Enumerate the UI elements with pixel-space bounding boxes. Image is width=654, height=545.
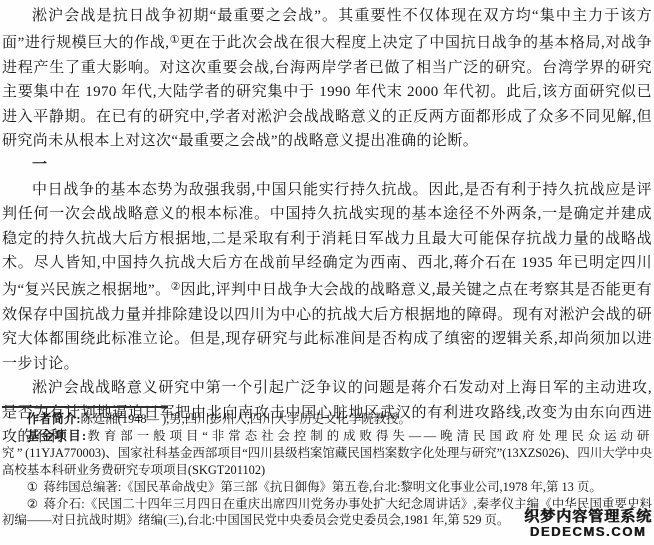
funding-note: 基金项目:教育部一般项目“非常态社会控制的成败得失——晚清民国政府处理民众运动研…	[2, 428, 652, 479]
footnote-ref-2: ②	[171, 281, 181, 293]
author-note-label: 作者简介:	[27, 412, 81, 426]
author-note-text: 陈廷湘(1948— ),男,四川彭州人,四川大学历史文化学院教授。	[81, 412, 411, 426]
intro-text-2: 更在于此次会战在很大程度上决定了中国抗日战争的基本格局,对战争进程产生了重大影响…	[2, 35, 652, 149]
author-note: 作者简介:陈廷湘(1948— ),男,四川彭州人,四川大学历史文化学院教授。	[2, 411, 652, 428]
footnote-ref-1: ①	[169, 34, 179, 46]
footnote-1: ①蒋纬国总编著:《国民革命战史》第三部《抗日御侮》第五卷,台北:黎明文化事业公司…	[2, 479, 652, 496]
funding-note-rest: (11YJA770003)、国家社科基金西部项目“四川县级档案馆藏民国档案数字化…	[2, 446, 652, 477]
article-body: 淞沪会战是抗日战争初期“最重要之会战”。其重要性不仅体现在双方均“集中主力于该方…	[2, 4, 652, 449]
scanned-paper-page: 淞沪会战是抗日战争初期“最重要之会战”。其重要性不仅体现在双方均“集中主力于该方…	[0, 0, 654, 545]
footnote-separator-rule	[2, 406, 168, 408]
footnote-2-marker: ②	[27, 497, 38, 511]
dedecms-watermark: 织梦内容管理系统 DEDECMS.COM	[521, 508, 652, 539]
footnote-1-marker: ①	[27, 480, 38, 494]
watermark-domain-text: DEDECMS.COM	[524, 525, 652, 539]
watermark-chinese-text: 织梦内容管理系统	[524, 508, 652, 525]
intro-paragraph: 淞沪会战是抗日战争初期“最重要之会战”。其重要性不仅体现在双方均“集中主力于该方…	[2, 4, 652, 153]
section1-paragraph-1: 中日战争的基本态势为敌强我弱,中国只能实行持久抗战。因此,是否有利于持久抗战应是…	[2, 178, 652, 376]
section1-text-1: 中日战争的基本态势为敌强我弱,中国只能实行持久抗战。因此,是否有利于持久抗战应是…	[2, 182, 652, 299]
footnote-1-text: 蒋纬国总编著:《国民革命战史》第三部《抗日御侮》第五卷,台北:黎明文化事业公司,…	[43, 480, 601, 494]
funding-note-label: 基金项目:	[27, 429, 86, 443]
section-heading-one: 一	[2, 153, 652, 177]
